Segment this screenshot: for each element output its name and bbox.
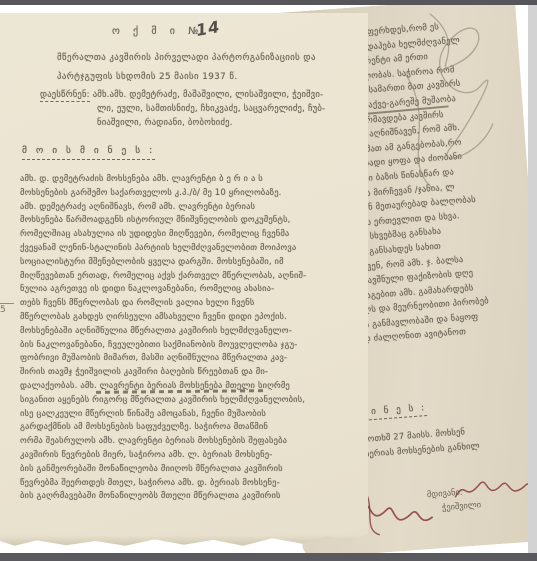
- heard-heading: მ ო ი ს მ ი ნ ე ს :: [22, 145, 155, 160]
- attendees-rest-lines: ლი, ეული, სამთისნიძე, ჩხიკვაძე, საცვარელ…: [97, 103, 360, 130]
- protocol-body-text: ამხ. დ. დემეტრაძის მოხსენება ამხ. ლავრენ…: [20, 173, 360, 504]
- protocol-number-label: ო ქ მ ი №: [112, 26, 204, 37]
- viewport-top-bar: [0, 0, 537, 5]
- scan-viewport: ჩვება არ უნდა შეფერხდეს,რომ ეს მოვალეობე…: [0, 0, 537, 561]
- attendees-first-line: ამხ.ამხ. დემეტრაძე, მაშაშვილი, ლისაშვილი…: [90, 90, 324, 100]
- viewport-right-strip: [528, 5, 537, 553]
- viewport-bottom-bar: [0, 553, 537, 561]
- attendees-label: დაესწრნენ:: [40, 90, 90, 102]
- secretary-signature: [447, 463, 537, 513]
- protocol-number-handwritten: 14: [195, 17, 222, 40]
- attendees-block: დაესწრნენ: ამხ.ამხ. დემეტრაძე, მაშაშვილი…: [40, 89, 360, 130]
- protocol-title: მწერალთა კავშირის პირველადი პარტორგანიზა…: [57, 49, 357, 87]
- margin-note: 5: [0, 303, 14, 315]
- document-page-left: ო ქ მ ი № 14 მწერალთა კავშირის პირველადი…: [0, 13, 368, 549]
- pencil-scribble-mark: [360, 4, 524, 204]
